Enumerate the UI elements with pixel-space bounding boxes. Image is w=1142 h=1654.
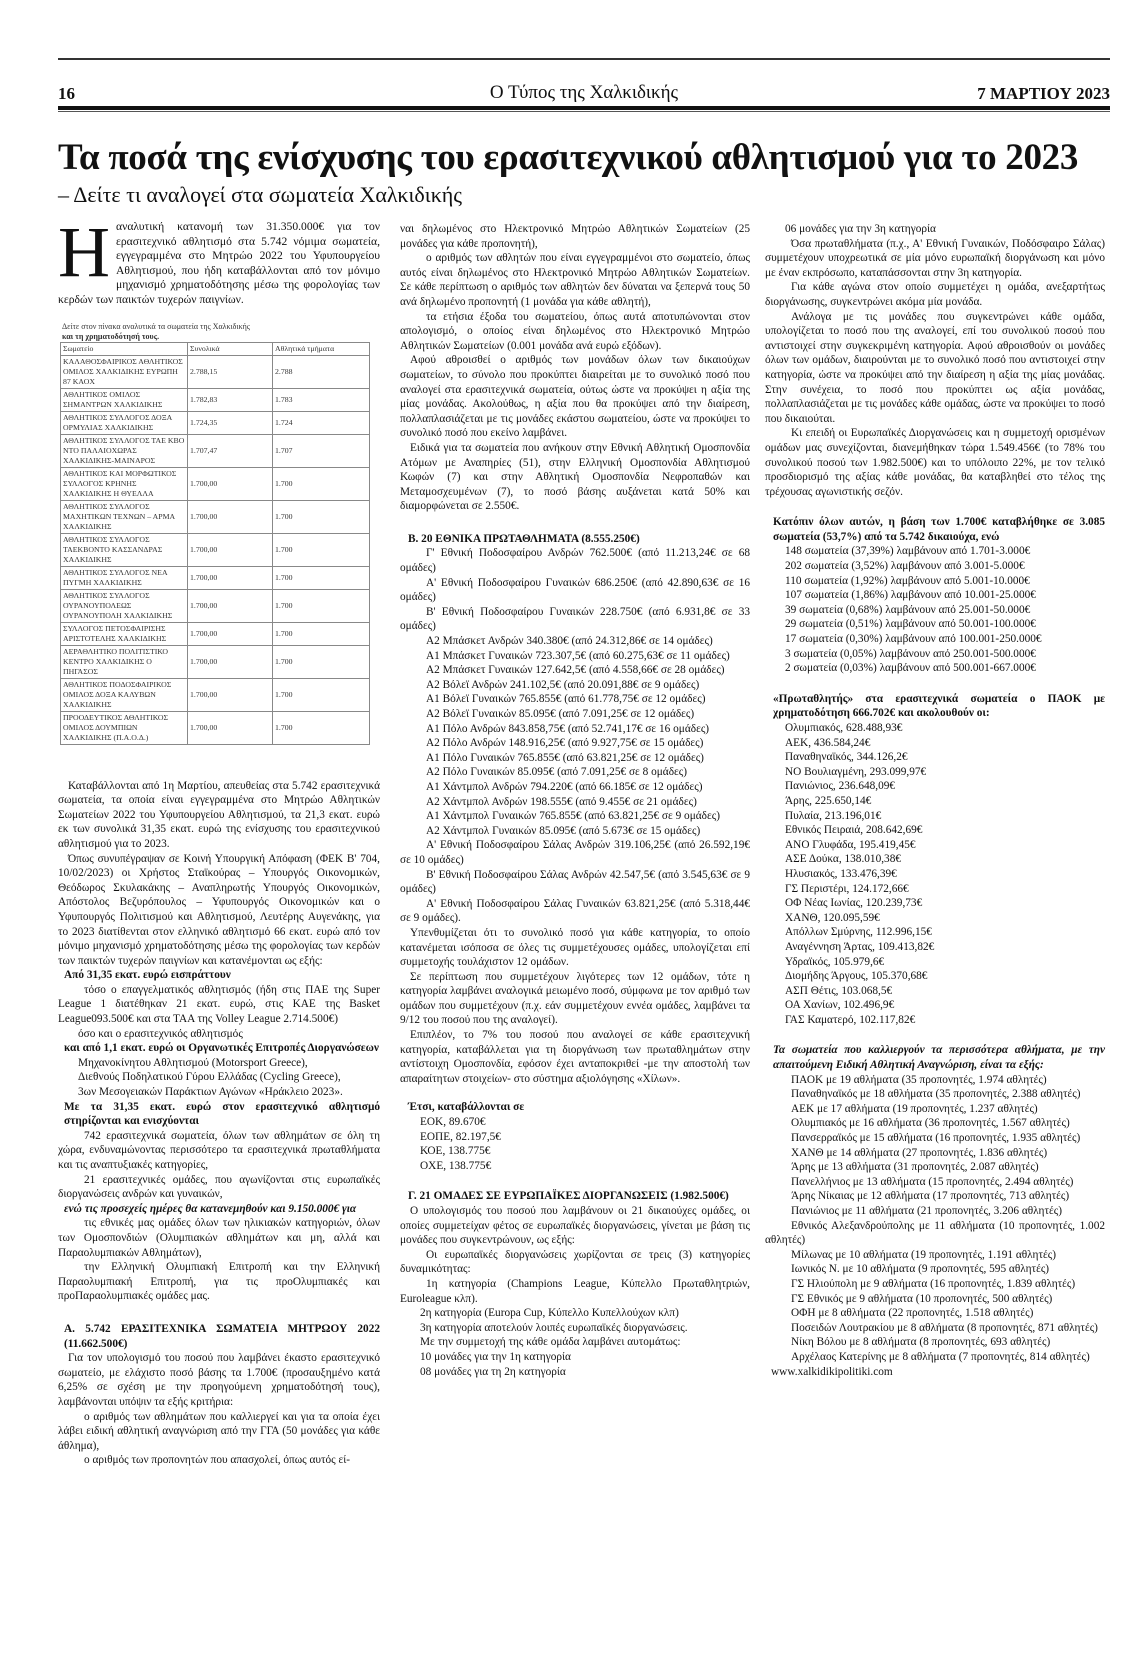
list-item: 39 σωματεία (0,68%) λαμβάνουν από 25.001… (765, 603, 1105, 618)
list-item: ΟΧΕ, 138.775€ (400, 1159, 750, 1174)
subheading: «Πρωταθλητής» στα ερασιτεχνικά σωματεία … (765, 692, 1105, 721)
list-item: 202 σωματεία (3,52%) λαμβάνουν από 3.001… (765, 559, 1105, 574)
list-item: 3 σωματεία (0,05%) λαμβάνουν από 250.001… (765, 647, 1105, 662)
club-total: 1.700,00 (188, 589, 273, 622)
paragraph: 3η κατηγορία αποτελούν λοιπές ευρωπαϊκές… (400, 1321, 750, 1336)
list-item: ΑΣΕ Δούκα, 138.010,38€ (765, 852, 1105, 867)
club-units: 1.700 (273, 678, 370, 711)
club-total: 1.707,47 (188, 434, 273, 467)
club-units: 2.788 (273, 355, 370, 388)
list-item: 148 σωματεία (37,39%) λαμβάνουν από 1.70… (765, 544, 1105, 559)
club-name: ΚΑΛΑΘΟΣΦΑΙΡΙΚΟΣ ΑΘΛΗΤΙΚΟΣ ΟΜΙΛΟΣ ΧΑΛΚΙΔΙ… (61, 355, 188, 388)
list-item: Άρης Νίκαιας με 12 αθλήματα (17 προπονητ… (765, 1189, 1105, 1204)
list-item: 110 σωματεία (1,92%) λαμβάνουν από 5.001… (765, 574, 1105, 589)
table-row: ΑΘΛΗΤΙΚΟΣ ΣΥΛΛΟΓΟΣ ΟΥΡΑΝΟΥΠΟΛΕΩΣ ΟΥΡΑΝΟΥ… (61, 589, 370, 622)
list-item: Α' Εθνική Ποδοσφαίρου Γυναικών 686.250€ … (400, 576, 750, 605)
page-number: 16 (58, 84, 75, 104)
paragraph: 10 μονάδες για την 1η κατηγορία (400, 1350, 750, 1365)
club-name: ΑΘΛΗΤΙΚΟΣ ΟΜΙΛΟΣ ΣΗΜΑΝΤΡΩΝ ΧΑΛΚΙΔΙΚΗΣ (61, 388, 188, 411)
club-name: ΠΡΟΟΔΕΥΤΙΚΟΣ ΑΘΛΗΤΙΚΟΣ ΟΜΙΛΟΣ ΔΟΥΜΠΙΩΝ Χ… (61, 711, 188, 744)
list-item: Διεθνούς Ποδηλατικού Γύρου Ελλάδας (Cycl… (58, 1070, 380, 1085)
paragraph: 742 ερασιτεχνικά σωματεία, όλων των αθλη… (58, 1129, 380, 1173)
list-item: Εθνικός Πειραιά, 208.642,69€ (765, 823, 1105, 838)
list-item: Α2 Χάντμπολ Γυναικών 85.095€ (από 5.673€… (400, 824, 750, 839)
club-name: ΑΘΛΗΤΙΚΟΣ ΣΥΛΛΟΓΟΣ ΟΥΡΑΝΟΥΠΟΛΕΩΣ ΟΥΡΑΝΟΥ… (61, 589, 188, 622)
paragraph: 06 μονάδες για την 3η κατηγορία (765, 222, 1105, 237)
paragraph: Επιπλέον, το 7% του ποσού που αναλογεί σ… (400, 1028, 750, 1086)
club-units: 1.700 (273, 711, 370, 744)
list-item: ΑΕΚ με 17 αθλήματα (19 προπονητές, 1.237… (765, 1102, 1105, 1117)
club-name: ΣΥΛΛΟΓΟΣ ΠΕΤΟΣΦΑΙΡΙΣΗΣ ΑΡΙΣΤΟΤΕΛΗΣ ΧΑΛΚΙ… (61, 622, 188, 645)
paragraph: Ανάλογα με τις μονάδες που συγκεντρώνει … (765, 310, 1105, 427)
list-item: Α' Εθνική Ποδοσφαίρου Σάλας Γυναικών 63.… (400, 897, 750, 926)
table-row: ΑΘΛΗΤΙΚΟΣ ΣΥΛΛΟΓΟΣ ΤΑΕ ΚΒΟ ΝΤΟ ΠΑΛΑΙΟΧΩΡ… (61, 434, 370, 467)
paragraph: Υπενθυμίζεται ότι το συνολικό ποσό για κ… (400, 926, 750, 970)
club-name: ΑΘΛΗΤΙΚΟΣ ΣΥΛΛΟΓΟΣ ΤΑΕ ΚΒΟ ΝΤΟ ΠΑΛΑΙΟΧΩΡ… (61, 434, 188, 467)
list-item: Α2 Πόλο Γυναικών 85.095€ (από 7.091,25€ … (400, 765, 750, 780)
article-subtitle: – Δείτε τι αναλογεί στα σωματεία Χαλκιδι… (58, 182, 462, 208)
subheading: ενώ τις προσεχείς ημέρες θα κατανεμηθούν… (58, 1202, 380, 1217)
list-item: Άρης, 225.650,14€ (765, 794, 1105, 809)
club-units: 1.707 (273, 434, 370, 467)
table-header: Συνολικά (188, 342, 273, 355)
paragraph: Όπως συνυπέγραψαν σε Κοινή Υπουργική Από… (58, 852, 380, 969)
list-item: ΕΟΚ, 89.670€ (400, 1115, 750, 1130)
club-units: 1.700 (273, 622, 370, 645)
paragraph: Για κάθε αγώνα στον οποίο συμμετέχει η ο… (765, 280, 1105, 309)
newspaper-name: Ο Τύπος της Χαλκιδικής (58, 82, 1110, 104)
subheading: και από 1,1 εκατ. ευρώ οι Οργανωτικές Επ… (58, 1041, 380, 1056)
club-total: 1.700,00 (188, 711, 273, 744)
list-item: Α2 Βόλεϊ Ανδρών 241.102,5€ (από 20.091,8… (400, 678, 750, 693)
list-item: ΓΣ Περιστέρι, 124.172,66€ (765, 882, 1105, 897)
list-item: Πυλαία, 213.196,01€ (765, 809, 1105, 824)
paragraph: Με την συμμετοχή της κάθε ομάδα λαμβάνει… (400, 1335, 750, 1350)
table-row: ΠΡΟΟΔΕΥΤΙΚΟΣ ΑΘΛΗΤΙΚΟΣ ΟΜΙΛΟΣ ΔΟΥΜΠΙΩΝ Χ… (61, 711, 370, 744)
column-1: Ηαναλυτική κατανομή των 31.350.000€ για … (58, 220, 380, 1468)
club-units: 1.724 (273, 411, 370, 434)
masthead-rule (58, 106, 1110, 110)
list-item: Ολυμπιακός, 628.488,93€ (765, 721, 1105, 736)
table-header: Αθλητικά τμήματα (273, 342, 370, 355)
club-name: ΑΘΛΗΤΙΚΟΣ ΣΥΛΛΟΓΟΣ ΤΑΕΚΒΟΝΤΟ ΚΑΣΣΑΝΔΡΑΣ … (61, 533, 188, 566)
paragraph: ο αριθμός των αθλημάτων που καλλιεργεί κ… (58, 1410, 380, 1454)
list-item: ΑΕΚ, 436.584,24€ (765, 736, 1105, 751)
list-item: ΕΟΠΕ, 82.197,5€ (400, 1130, 750, 1145)
list-item: 29 σωματεία (0,51%) λαμβάνουν από 50.001… (765, 617, 1105, 632)
list-item: Α1 Πόλο Γυναικών 765.855€ (από 63.821,25… (400, 751, 750, 766)
table-caption-line1: Δείτε στον πίνακα αναλυτικά τα σωματεία … (62, 322, 380, 332)
list-item: 107 σωματεία (1,86%) λαμβάνουν από 10.00… (765, 588, 1105, 603)
list-item: Α' Εθνική Ποδοσφαίρου Σάλας Ανδρών 319.1… (400, 838, 750, 867)
payments-title: Έτσι, καταβάλλονται σε (400, 1100, 750, 1115)
club-units: 1.700 (273, 533, 370, 566)
list-item: Πανσερραϊκός με 15 αθλήματα (16 προπονητ… (765, 1131, 1105, 1146)
table-row: ΚΑΛΑΘΟΣΦΑΙΡΙΚΟΣ ΑΘΛΗΤΙΚΟΣ ΟΜΙΛΟΣ ΧΑΛΚΙΔΙ… (61, 355, 370, 388)
section-c-title: Γ. 21 ΟΜΑΔΕΣ ΣΕ ΕΥΡΩΠΑΪΚΕΣ ΔΙΟΡΓΑΝΩΣΕΙΣ … (400, 1189, 750, 1204)
list-item: Α1 Πόλο Ανδρών 843.858,75€ (από 52.741,1… (400, 722, 750, 737)
paragraph: Αφού αθροισθεί ο αριθμός των μονάδων όλω… (400, 353, 750, 441)
list-item: Α1 Χάντμπολ Ανδρών 794.220€ (από 66.185€… (400, 780, 750, 795)
list-item: Παναθηναϊκός, 344.126,2€ (765, 750, 1105, 765)
list-item: Νίκη Βόλου με 8 αθλήματα (8 προπονητές, … (765, 1335, 1105, 1350)
list-item: ΠΑΟΚ με 19 αθλήματα (35 προπονητές, 1.97… (765, 1073, 1105, 1088)
column-2: ναι δηλωμένος στο Ηλεκτρονικό Μητρώο Αθλ… (400, 222, 750, 1379)
section-a-title: Α. 5.742 ΕΡΑΣΙΤΕΧΝΙΚΑ ΣΩΜΑΤΕΙΑ ΜΗΤΡΩΟΥ 2… (58, 1322, 380, 1351)
list-item: Άρης με 13 αθλήματα (31 προπονητές, 2.08… (765, 1160, 1105, 1175)
list-item: Β' Εθνική Ποδοσφαίρου Γυναικών 228.750€ … (400, 605, 750, 634)
club-units: 1.700 (273, 645, 370, 678)
clubs-funding-table: Σωματείο Συνολικά Αθλητικά τμήματα ΚΑΛΑΘ… (60, 342, 370, 745)
club-total: 1.700,00 (188, 622, 273, 645)
list-item: Ηλυσιακός, 133.476,39€ (765, 867, 1105, 882)
list-item: ΟΑ Χανίων, 102.496,9€ (765, 998, 1105, 1013)
paragraph: ναι δηλωμένος στο Ηλεκτρονικό Μητρώο Αθλ… (400, 222, 750, 251)
club-units: 1.783 (273, 388, 370, 411)
paragraph: Σε περίπτωση που συμμετέχουν λιγότερες τ… (400, 970, 750, 1028)
lead-paragraph: Ηαναλυτική κατανομή των 31.350.000€ για … (58, 220, 380, 308)
list-item: 17 σωματεία (0,30%) λαμβάνουν από 100.00… (765, 632, 1105, 647)
list-item: Α2 Πόλο Ανδρών 148.916,25€ (από 9.927,75… (400, 736, 750, 751)
table-row: ΑΘΛΗΤΙΚΟΣ ΣΥΛΛΟΓΟΣ ΤΑΕΚΒΟΝΤΟ ΚΑΣΣΑΝΔΡΑΣ … (61, 533, 370, 566)
club-units: 1.700 (273, 467, 370, 500)
paragraph: ο αριθμός των αθλητών που είναι εγγεγραμ… (400, 251, 750, 309)
table-header: Σωματείο (61, 342, 188, 355)
column-3: 06 μονάδες για την 3η κατηγορία Όσα πρωτ… (765, 222, 1105, 1379)
paragraph: 21 ερασιτεχνικές ομάδες, που αγωνίζονται… (58, 1173, 380, 1202)
club-name: ΑΘΛΗΤΙΚΟΣ ΣΥΛΛΟΓΟΣ ΔΟΞΑ ΟΡΜΥΛΙΑΣ ΧΑΛΚΙΔΙ… (61, 411, 188, 434)
article-title: Τα ποσά της ενίσχυσης του ερασιτεχνικού … (58, 138, 1078, 178)
drop-cap: Η (58, 222, 110, 282)
paragraph: 1η κατηγορία (Champions League, Κύπελλο … (400, 1277, 750, 1306)
list-item: ΑΝΟ Γλυφάδα, 195.419,45€ (765, 838, 1105, 853)
list-item: 2 σωματεία (0,03%) λαμβάνουν από 500.001… (765, 661, 1105, 676)
list-item: Ιωνικός Ν. με 10 αθλήματα (9 προπονητές,… (765, 1262, 1105, 1277)
club-total: 1.782,83 (188, 388, 273, 411)
table-row: ΑΘΛΗΤΙΚΟΣ ΟΜΙΛΟΣ ΣΗΜΑΝΤΡΩΝ ΧΑΛΚΙΔΙΚΗΣ1.7… (61, 388, 370, 411)
masthead: 16 Ο Τύπος της Χαλκιδικής 7 ΜΑΡΤΙΟΥ 2023 (58, 82, 1110, 104)
paragraph: τα ετήσια έξοδα του σωματείου, όπως αυτά… (400, 310, 750, 354)
table-row: ΣΥΛΛΟΓΟΣ ΠΕΤΟΣΦΑΙΡΙΣΗΣ ΑΡΙΣΤΟΤΕΛΗΣ ΧΑΛΚΙ… (61, 622, 370, 645)
list-item: Πανελλήνιος με 13 αθλήματα (15 προπονητέ… (765, 1175, 1105, 1190)
club-units: 1.700 (273, 500, 370, 533)
table-row: ΑΘΛΗΤΙΚΟΣ ΣΥΛΛΟΓΟΣ ΜΑΧΗΤΙΚΩΝ ΤΕΧΝΩΝ – ΑΡ… (61, 500, 370, 533)
masthead-rule-thin (58, 111, 1110, 112)
paragraph: Κι επειδή οι Ευρωπαϊκές Διοργανώσεις και… (765, 426, 1105, 499)
list-item: Α2 Βόλεϊ Γυναικών 85.095€ (από 7.091,25€… (400, 707, 750, 722)
subheading: Τα σωματεία που καλλιεργούν τα περισσότε… (765, 1043, 1105, 1072)
paragraph: την Ελληνική Ολυμπιακή Επιτροπή και την … (58, 1260, 380, 1304)
paragraph: όσο και ο ερασιτεχνικός αθλητισμός (58, 1027, 380, 1042)
list-item: ΧΑΝΘ με 14 αθλήματα (27 προπονητές, 1.83… (765, 1146, 1105, 1161)
paragraph: Για τον υπολογισμό του ποσού που λαμβάνε… (58, 1351, 380, 1409)
club-units: 1.700 (273, 589, 370, 622)
list-item: Α1 Χάντμπολ Γυναικών 765.855€ (από 63.82… (400, 809, 750, 824)
list-item: Α2 Μπάσκετ Γυναικών 127.642,5€ (από 4.55… (400, 663, 750, 678)
club-total: 1.700,00 (188, 645, 273, 678)
list-item: Ολυμπιακός με 16 αθλήματα (36 προπονητές… (765, 1116, 1105, 1131)
list-item: Γ' Εθνική Ποδοσφαίρου Ανδρών 762.500€ (α… (400, 546, 750, 575)
paragraph: Οι ευρωπαϊκές διοργανώσεις χωρίζονται σε… (400, 1248, 750, 1277)
list-item: Πανιώνιος, 236.648,09€ (765, 779, 1105, 794)
list-item: Μίλωνας με 10 αθλήματα (19 προπονητές, 1… (765, 1248, 1105, 1263)
paragraph: τόσο ο επαγγελματικός αθλητισμός (ήδη στ… (58, 983, 380, 1027)
table-row: ΑΕΡΑΘΛΗΤΙΚΟ ΠΟΛΙΤΙΣΤΙΚΟ ΚΕΝΤΡΟ ΧΑΛΚΙΔΙΚΗ… (61, 645, 370, 678)
table-row: ΑΘΛΗΤΙΚΟΣ ΣΥΛΛΟΓΟΣ ΔΟΞΑ ΟΡΜΥΛΙΑΣ ΧΑΛΚΙΔΙ… (61, 411, 370, 434)
list-item: Μηχανοκίνητου Αθλητισμού (Motorsport Gre… (58, 1056, 380, 1071)
club-name: ΑΕΡΑΘΛΗΤΙΚΟ ΠΟΛΙΤΙΣΤΙΚΟ ΚΕΝΤΡΟ ΧΑΛΚΙΔΙΚΗ… (61, 645, 188, 678)
list-item: ΚΟΕ, 138.775€ (400, 1144, 750, 1159)
club-total: 1.700,00 (188, 500, 273, 533)
club-name: ΑΘΛΗΤΙΚΟΣ ΚΑΙ ΜΟΡΦΩΤΙΚΟΣ ΣΥΛΛΟΓΟΣ ΚΡΗΝΗΣ… (61, 467, 188, 500)
list-item: ΟΦ Νέας Ιωνίας, 120.239,73€ (765, 896, 1105, 911)
list-item: ΓΣ Ηλιούπολη με 9 αθλήματα (16 προπονητέ… (765, 1277, 1105, 1292)
club-total: 1.700,00 (188, 533, 273, 566)
list-item: 3ων Μεσογειακών Παράκτιων Αγώνων «Ηράκλε… (58, 1085, 380, 1100)
section-b-title: Β. 20 ΕΘΝΙΚΑ ΠΡΩΤΑΘΛΗΜΑΤΑ (8.555.250€) (400, 532, 750, 547)
list-item: Εθνικός Αλεξανδρούπολης με 11 αθλήματα (… (765, 1219, 1105, 1248)
club-units: 1.700 (273, 566, 370, 589)
list-item: Α2 Μπάσκετ Ανδρών 340.380€ (από 24.312,8… (400, 634, 750, 649)
table-caption: Δείτε στον πίνακα αναλυτικά τα σωματεία … (62, 322, 380, 342)
table-row: ΑΘΛΗΤΙΚΟΣ ΠΟΔΟΣΦΑΙΡΙΚΟΣ ΟΜΙΛΟΣ ΔΟΞΑ ΚΑΛΥ… (61, 678, 370, 711)
list-item: ΝΟ Βουλιαγμένη, 293.099,97€ (765, 765, 1105, 780)
club-total: 1.700,00 (188, 467, 273, 500)
paragraph: Καταβάλλονται από 1η Μαρτίου, απευθείας … (58, 779, 380, 852)
list-item: Αρχέλαος Κατερίνης με 8 αθλήματα (7 προπ… (765, 1350, 1105, 1365)
paragraph: Όσα πρωταθλήματα (π.χ., Α' Εθνική Γυναικ… (765, 237, 1105, 281)
list-item: Διομήδης Άργους, 105.370,68€ (765, 969, 1105, 984)
list-item: Α1 Μπάσκετ Γυναικών 723.307,5€ (από 60.2… (400, 649, 750, 664)
list-item: Ποσειδών Λουτρακίου με 8 αθλήματα (8 προ… (765, 1321, 1105, 1336)
website-link[interactable]: www.xalkidikipolitiki.com (765, 1365, 1105, 1380)
subheading: Κατόπιν όλων αυτών, η βάση των 1.700€ κα… (765, 515, 1105, 544)
list-item: Πανιώνιος με 11 αθλήματα (21 προπονητές,… (765, 1204, 1105, 1219)
list-item: ΓΑΣ Καματερό, 102.117,82€ (765, 1013, 1105, 1028)
list-item: Β' Εθνική Ποδοσφαίρου Σάλας Ανδρών 42.54… (400, 868, 750, 897)
list-item: Υδραϊκός, 105.979,6€ (765, 955, 1105, 970)
list-item: ΓΣ Εθνικός με 9 αθλήματα (10 προπονητές,… (765, 1292, 1105, 1307)
paragraph: Ο υπολογισμός του ποσού που λαμβάνουν οι… (400, 1204, 750, 1248)
list-item: Α1 Βόλεϊ Γυναικών 765.855€ (από 61.778,7… (400, 692, 750, 707)
list-item: Παναθηναϊκός με 18 αθλήματα (35 προπονητ… (765, 1087, 1105, 1102)
club-name: ΑΘΛΗΤΙΚΟΣ ΠΟΔΟΣΦΑΙΡΙΚΟΣ ΟΜΙΛΟΣ ΔΟΞΑ ΚΑΛΥ… (61, 678, 188, 711)
table-header-row: Σωματείο Συνολικά Αθλητικά τμήματα (61, 342, 370, 355)
issue-date: 7 ΜΑΡΤΙΟΥ 2023 (977, 84, 1110, 104)
subheading: Από 31,35 εκατ. ευρώ εισπράττουν (58, 968, 380, 983)
list-item: ΟΦΗ με 8 αθλήματα (22 προπονητές, 1.518 … (765, 1306, 1105, 1321)
club-total: 1.724,35 (188, 411, 273, 434)
club-name: ΑΘΛΗΤΙΚΟΣ ΣΥΛΛΟΓΟΣ ΝΕΑ ΠΥΓΜΗ ΧΑΛΚΙΔΙΚΗΣ (61, 566, 188, 589)
list-item: Αναγέννηση Άρτας, 109.413,82€ (765, 940, 1105, 955)
list-item: ΧΑΝΘ, 120.095,59€ (765, 911, 1105, 926)
list-item: ΑΣΠ Θέτις, 103.068,5€ (765, 984, 1105, 999)
paragraph: 2η κατηγορία (Europa Cup, Κύπελλο Κυπελλ… (400, 1306, 750, 1321)
paragraph: τις εθνικές μας ομάδες όλων των ηλικιακώ… (58, 1216, 380, 1260)
table-row: ΑΘΛΗΤΙΚΟΣ ΣΥΛΛΟΓΟΣ ΝΕΑ ΠΥΓΜΗ ΧΑΛΚΙΔΙΚΗΣ1… (61, 566, 370, 589)
club-total: 2.788,15 (188, 355, 273, 388)
paragraph: ο αριθμός των προπονητών που απασχολεί, … (58, 1453, 380, 1468)
list-item: Απόλλων Σμύρνης, 112.996,15€ (765, 925, 1105, 940)
paragraph: 08 μονάδες για τη 2η κατηγορία (400, 1365, 750, 1380)
table-caption-line2: και τη χρηματοδότησή τους. (62, 332, 380, 342)
table-row: ΑΘΛΗΤΙΚΟΣ ΚΑΙ ΜΟΡΦΩΤΙΚΟΣ ΣΥΛΛΟΓΟΣ ΚΡΗΝΗΣ… (61, 467, 370, 500)
club-name: ΑΘΛΗΤΙΚΟΣ ΣΥΛΛΟΓΟΣ ΜΑΧΗΤΙΚΩΝ ΤΕΧΝΩΝ – ΑΡ… (61, 500, 188, 533)
club-total: 1.700,00 (188, 566, 273, 589)
subheading: Με τα 31,35 εκατ. ευρώ στον ερασιτεχνικό… (58, 1100, 380, 1129)
club-total: 1.700,00 (188, 678, 273, 711)
list-item: Α2 Χάντμπολ Ανδρών 198.555€ (από 9.455€ … (400, 795, 750, 810)
top-rule (58, 58, 1110, 60)
paragraph: Ειδικά για τα σωματεία που ανήκουν στην … (400, 441, 750, 514)
